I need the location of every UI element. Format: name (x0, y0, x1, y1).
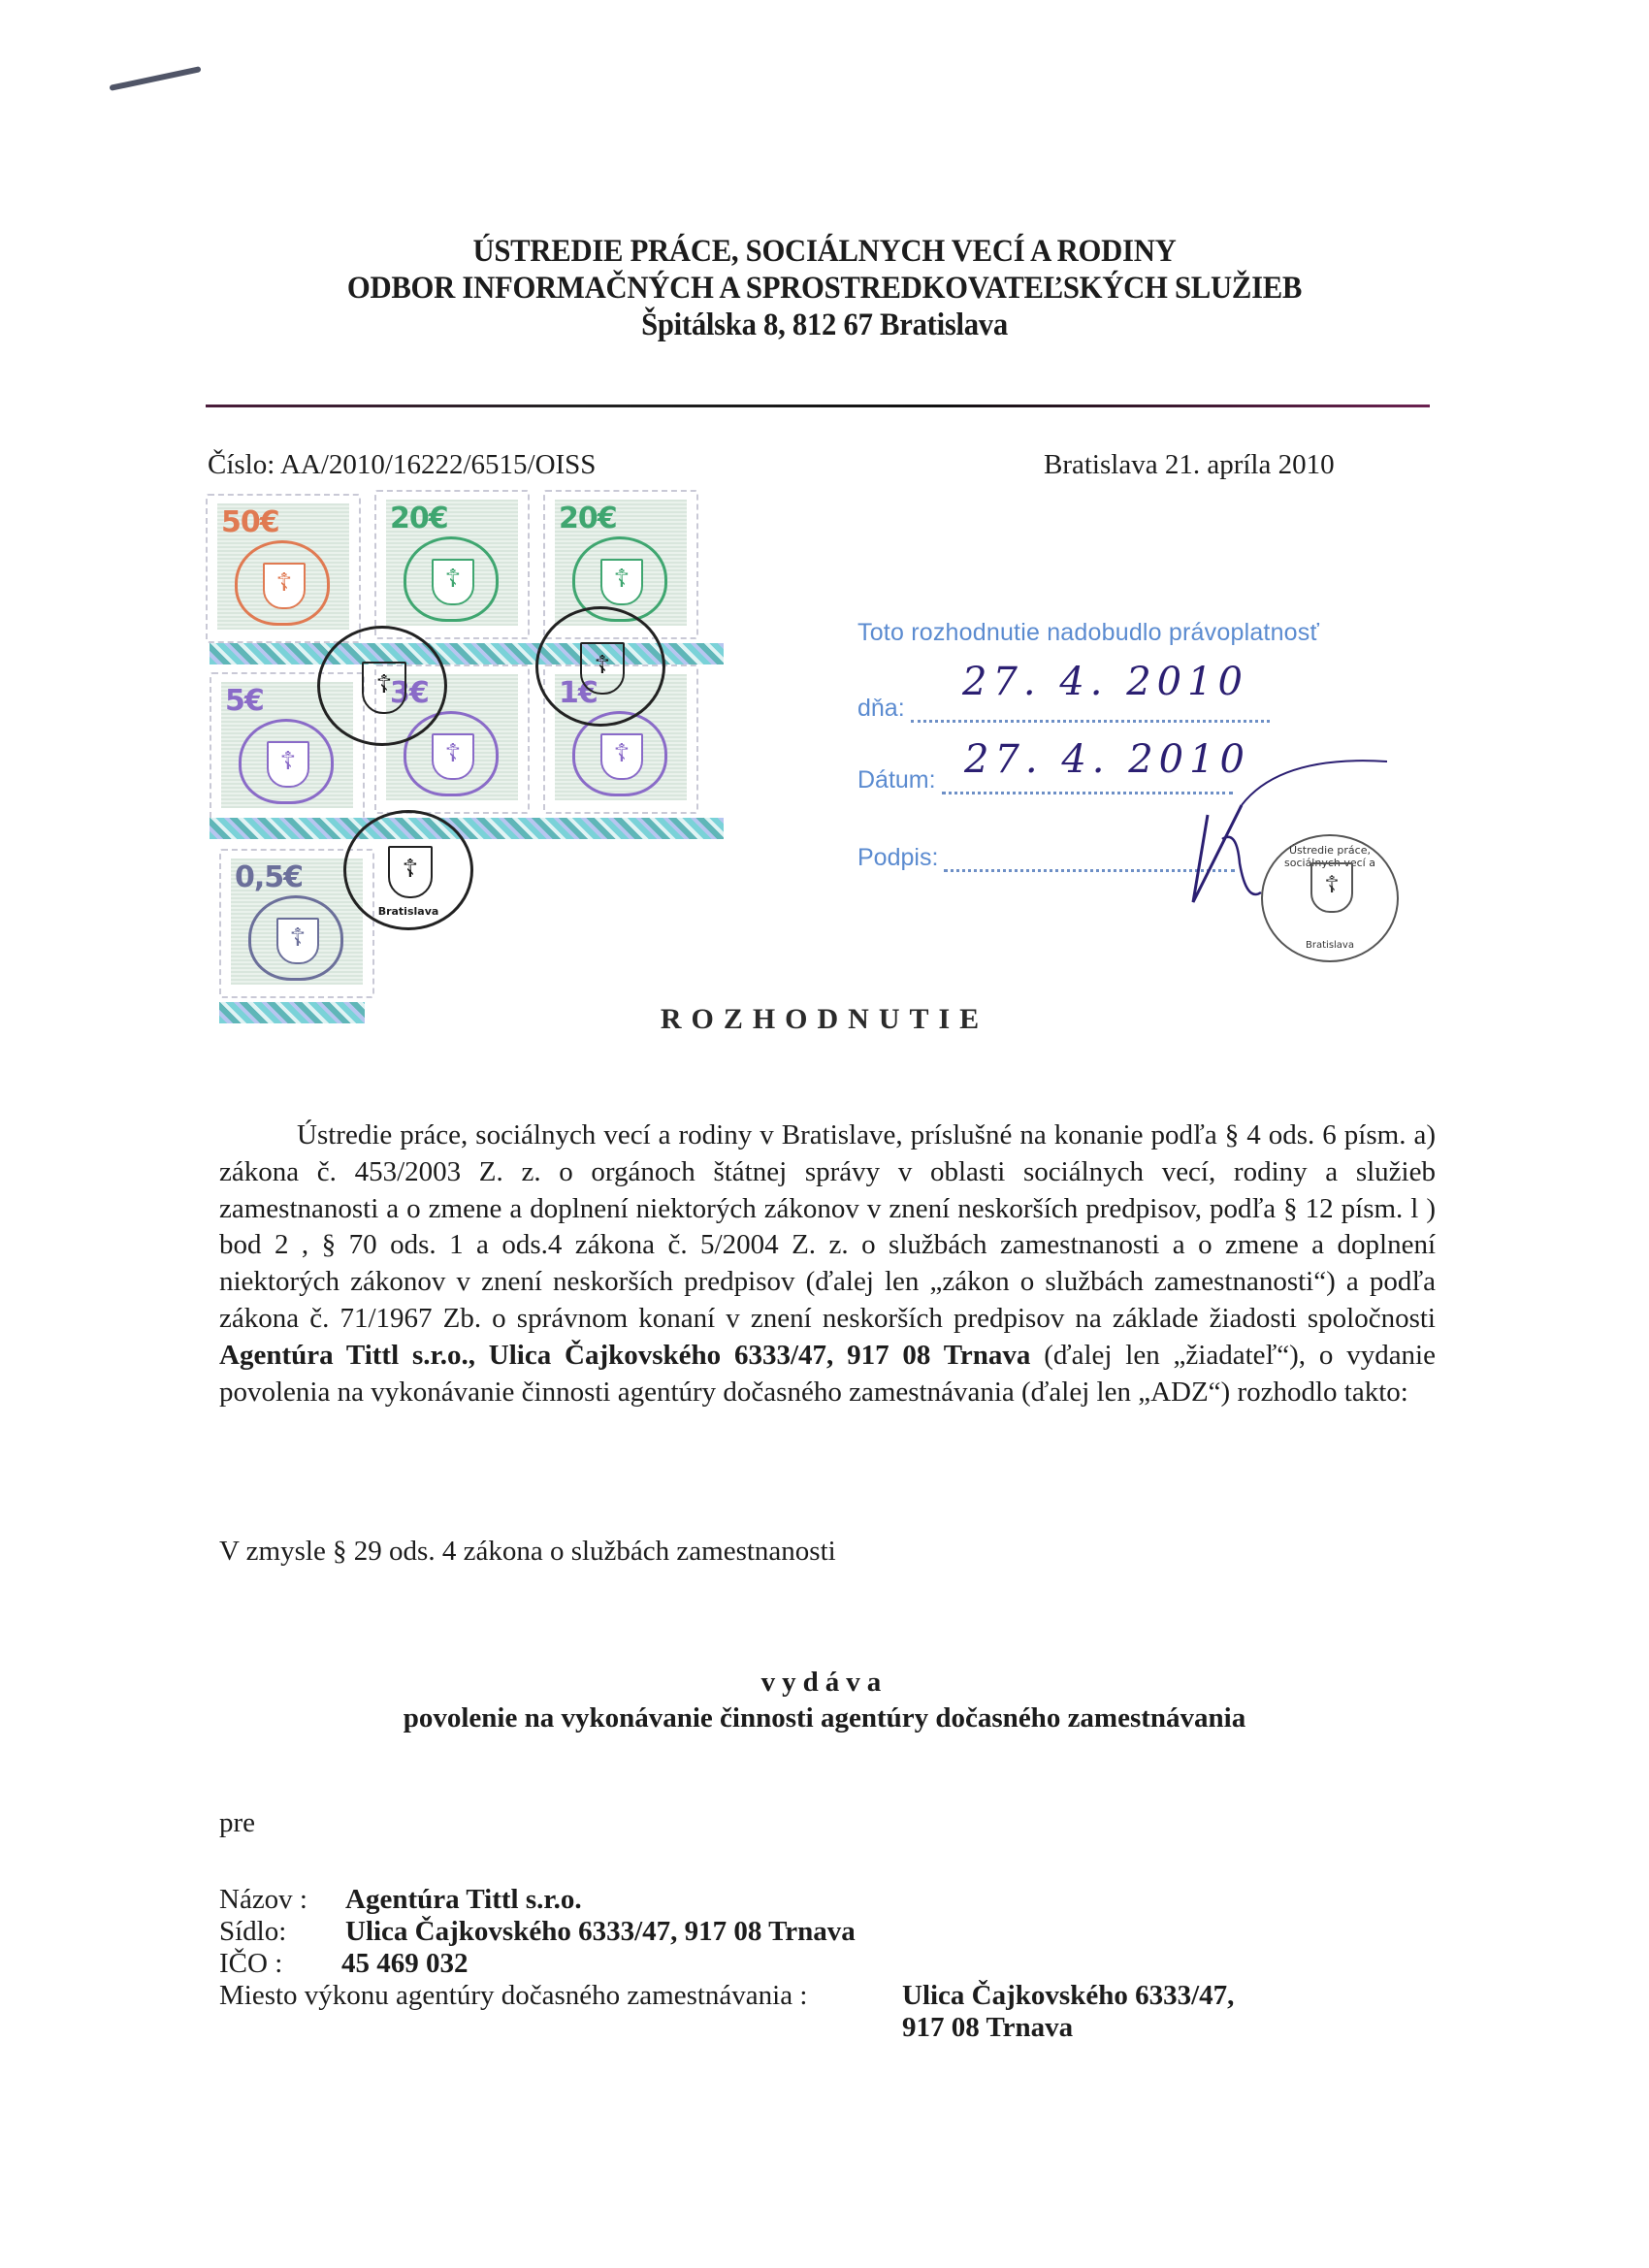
revenue-stamp: 20€ ☦ (374, 490, 530, 639)
validity-signature-label: Podpis: (857, 844, 938, 871)
detail-value: 917 08 Trnava (902, 2012, 1073, 2044)
postmark-seal: ☦ (535, 606, 665, 727)
for-label: pre (219, 1807, 255, 1839)
slovak-emblem-icon: ☦ (235, 540, 330, 626)
validity-date-label: Dátum: (857, 766, 936, 794)
detail-value: 45 469 032 (341, 1948, 469, 1980)
institution-address: Špitálska 8, 812 67 Bratislava (58, 307, 1592, 343)
revenue-stamp: 50€ ☦ (206, 494, 361, 643)
stamp-value: 20€ (559, 502, 617, 535)
detail-label: Miesto výkonu agentúry dočasného zamestn… (219, 1980, 807, 2012)
detail-label: Názov : (219, 1884, 307, 1916)
stamp-value: 20€ (390, 502, 448, 535)
postmark-city: Bratislava (346, 905, 470, 918)
handwritten-validity-date: 27. 4. 2010 (962, 660, 1248, 704)
permit-subject: povolenie na vykonávanie činnosti agentú… (0, 1702, 1649, 1734)
slovak-emblem-icon: ☦ (404, 536, 499, 622)
institution-name: ÚSTREDIE PRÁCE, SOCIÁLNYCH VECÍ A RODINY (58, 233, 1592, 270)
place-and-date: Bratislava 21. apríla 2010 (1044, 449, 1335, 481)
issues-verb: vydáva (0, 1667, 1649, 1699)
slovak-emblem-icon: ☦ (388, 846, 433, 898)
document-title: ROZHODNUTIE (0, 1003, 1649, 1036)
stamp-value: 0,5€ (235, 860, 303, 894)
pen-mark (109, 66, 201, 91)
validity-on-label: dňa: (857, 695, 905, 722)
slovak-emblem-icon: ☦ (362, 662, 406, 714)
legal-clause: V zmysle § 29 ods. 4 zákona o službách z… (219, 1536, 836, 1568)
detail-label: Sídlo: (219, 1916, 286, 1948)
revenue-stamps: 50€ ☦ 20€ ☦ 20€ ☦ 5€ ☦ 3€ ☦ 1€ ☦ 0,5€ ☦ … (206, 490, 729, 1062)
reference-number: Číslo: AA/2010/16222/6515/OISS (208, 449, 596, 481)
letterhead: ÚSTREDIE PRÁCE, SOCIÁLNYCH VECÍ A RODINY… (0, 233, 1649, 343)
hologram-strip (210, 818, 724, 839)
office-seal: Ústredie práce, sociálnych vecí a ☦ Brat… (1261, 834, 1399, 962)
postmark-seal: ☦ Bratislava (343, 810, 473, 930)
header-divider (206, 405, 1430, 407)
validity-title: Toto rozhodnutie nadobudlo právoplatnosť (857, 619, 1319, 647)
detail-label: IČO : (219, 1948, 282, 1980)
slovak-emblem-icon: ☦ (248, 895, 343, 981)
detail-value: Ulica Čajkovského 6333/47, 917 08 Trnava (345, 1916, 856, 1948)
seal-city: Bratislava (1263, 940, 1397, 951)
body-text-part1: Ústredie práce, sociálnych vecí a rodiny… (219, 1119, 1436, 1334)
slovak-emblem-icon: ☦ (1310, 862, 1353, 913)
detail-value: Ulica Čajkovského 6333/47, (902, 1980, 1234, 2012)
stamp-value: 5€ (225, 684, 264, 718)
slovak-emblem-icon: ☦ (239, 719, 334, 804)
issuance-heading: vydáva povolenie na vykonávanie činnosti… (0, 1667, 1649, 1734)
stamp-value: 50€ (221, 505, 279, 539)
applicant-name: Agentúra Tittl s.r.o., Ulica Čajkovského… (219, 1340, 1030, 1371)
department-name: ODBOR INFORMAČNÝCH A SPROSTREDKOVATEĽSKÝ… (58, 270, 1592, 307)
postmark-seal: ☦ (317, 626, 447, 746)
slovak-emblem-icon: ☦ (580, 642, 625, 695)
detail-value: Agentúra Tittl s.r.o. (345, 1884, 582, 1916)
decision-body: Ústredie práce, sociálnych vecí a rodiny… (219, 1118, 1436, 1410)
